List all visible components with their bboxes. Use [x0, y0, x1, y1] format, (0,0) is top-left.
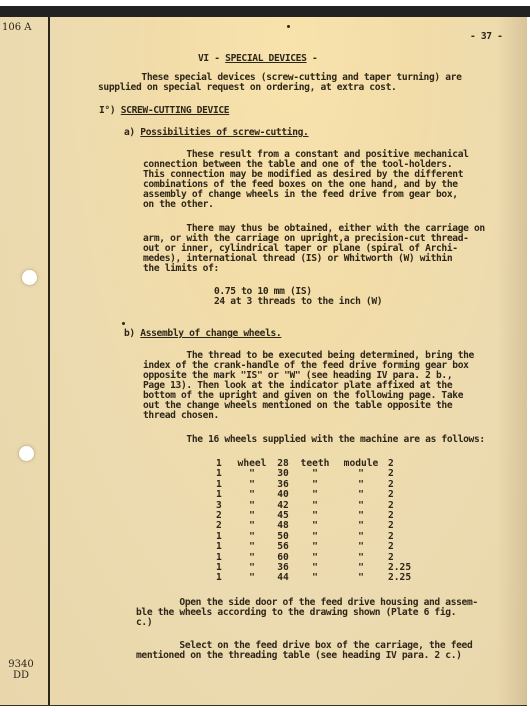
subsection-title: SCREW-CUTTING DEVICE — [121, 105, 230, 116]
text-line: ble the wheels according to the drawing … — [136, 608, 456, 618]
section-title-prefix: VI - — [198, 53, 225, 64]
punch-hole-icon — [22, 270, 37, 285]
wheel-word-cell: " — [232, 573, 272, 583]
margin-rule — [48, 17, 50, 705]
punch-hole-icon — [19, 446, 34, 461]
text-line: on the other. — [143, 200, 214, 210]
ink-speck — [287, 25, 290, 28]
subsection-heading: I°) SCREW-CUTTING DEVICE — [99, 106, 229, 116]
wheel-module-cell: 2.25 — [386, 573, 414, 583]
limit-whitworth: 24 at 3 threads to the inch (W) — [214, 297, 382, 307]
change-wheels-table: 1wheel28teethmodule21"30""21"36""21"40""… — [216, 459, 414, 584]
subsection-number: I°) — [99, 105, 121, 116]
text-line: the limits of: — [143, 264, 219, 274]
text-line: c.) — [136, 618, 152, 628]
part-b-heading: b) Assembly of change wheels. — [124, 329, 281, 339]
margin-ref-bottom-line2: DD — [6, 670, 36, 681]
table-row: 1"44""2.25 — [216, 573, 414, 583]
wheels-intro: The 16 wheels supplied with the machine … — [143, 435, 485, 445]
wheel-word2-cell: " — [294, 573, 336, 583]
section-title-text: SPECIAL DEVICES — [225, 53, 306, 64]
scan-top-edge — [0, 6, 530, 17]
section-title-suffix: - — [307, 53, 318, 64]
text-line: mentioned on the threading table (see he… — [136, 651, 462, 661]
text-line: thread chosen. — [143, 411, 219, 421]
margin-ref-top: 106 A — [2, 22, 32, 33]
wheel-word3-cell: " — [336, 573, 386, 583]
ink-speck — [122, 322, 125, 325]
part-a-label: a) — [124, 127, 140, 138]
part-a-heading: a) Possibilities of screw-cutting. — [124, 128, 309, 138]
part-b-label: b) — [124, 328, 140, 339]
part-a-title: Possibilities of screw-cutting. — [140, 127, 308, 138]
wheel-qty-cell: 1 — [216, 573, 232, 583]
page-number: - 37 - — [470, 32, 503, 42]
bottom-border — [0, 706, 530, 712]
text-line: supplied on special request on ordering,… — [98, 83, 396, 93]
margin-ref-bottom: 9340 DD — [6, 659, 36, 681]
margin-ref-bottom-line1: 9340 — [6, 659, 36, 670]
part-b-title: Assembly of change wheels. — [140, 328, 281, 339]
section-title: VI - SPECIAL DEVICES - — [198, 54, 317, 64]
wheel-teeth-cell: 44 — [272, 573, 294, 583]
